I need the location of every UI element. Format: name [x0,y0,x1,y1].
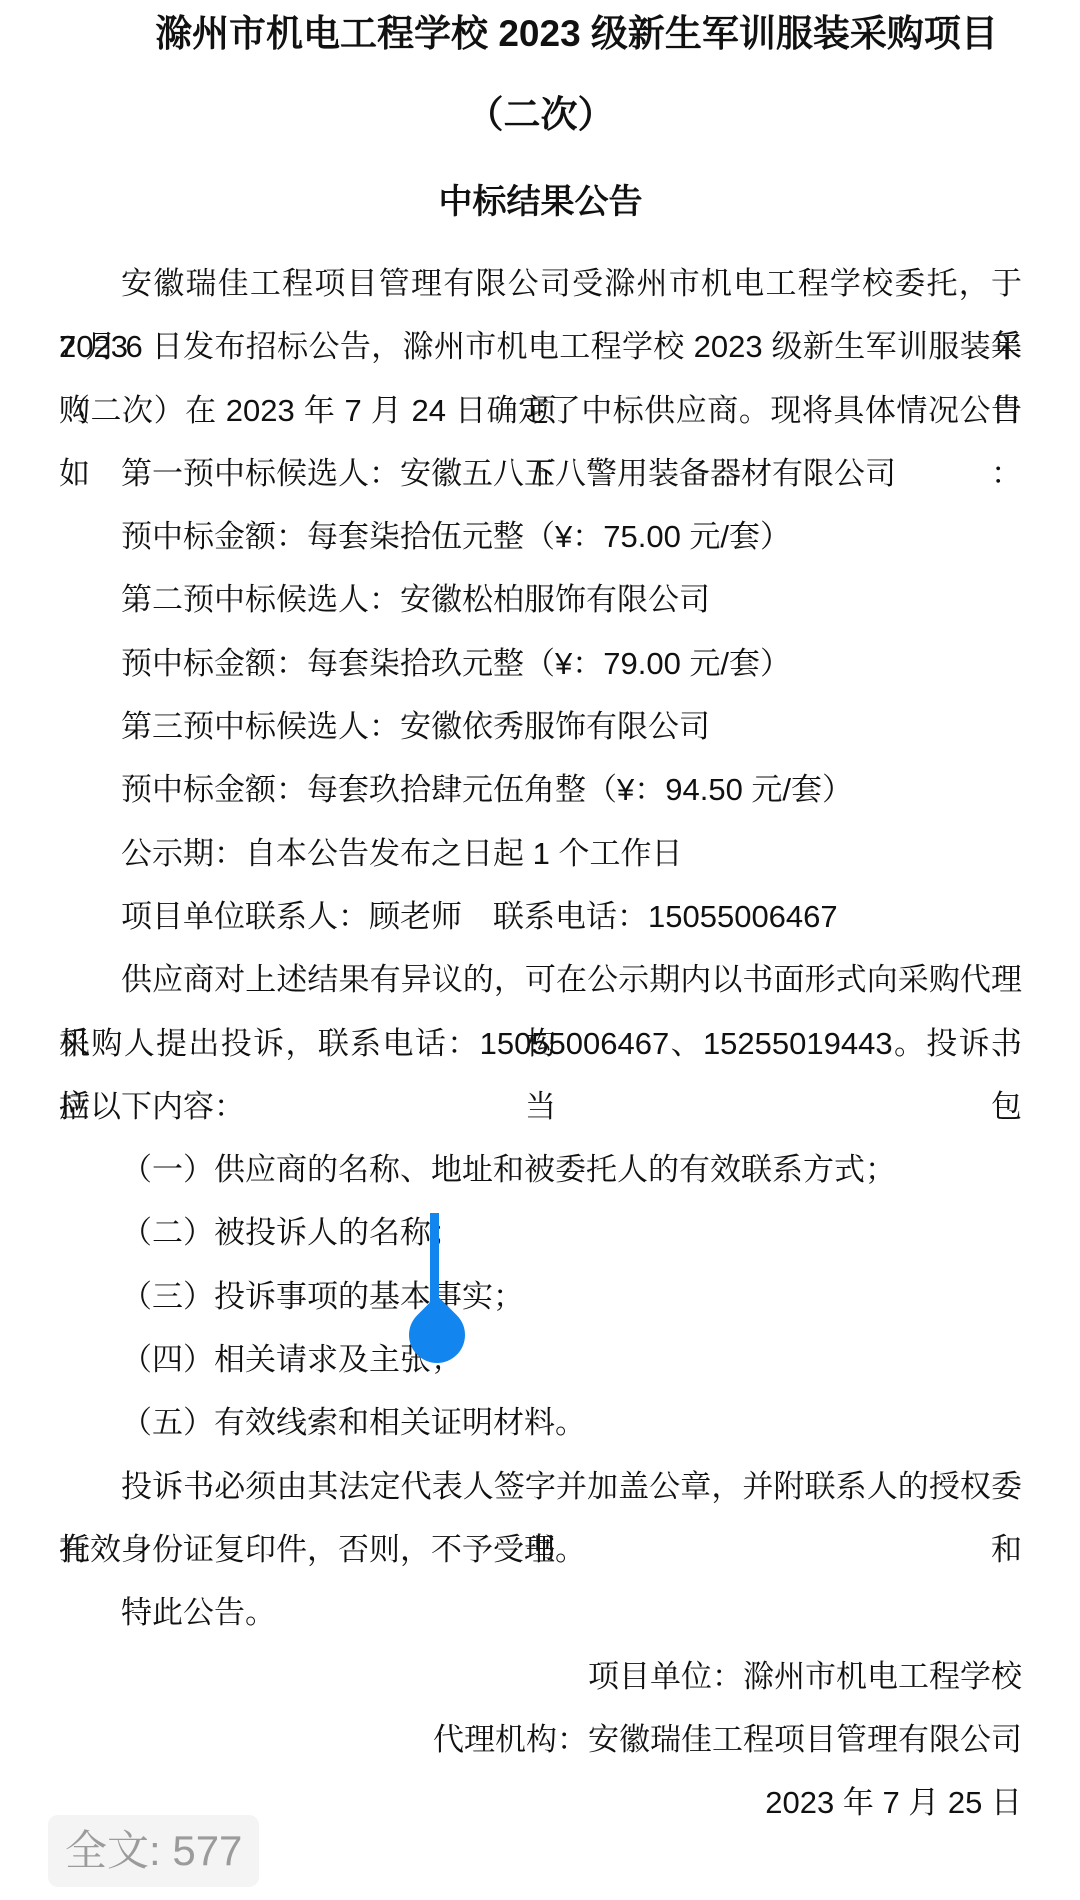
document-line: （二次）在 2023 年 7 月 24 日确定了中标供应商。现将具体情况公告如下… [59,379,1022,442]
word-count-badge: 全文: 577 [48,1815,259,1887]
document-page: 滁州市机电工程学校 2023 级新生军训服装采购项目 （二次） 中标结果公告 安… [0,0,1080,1900]
document-line: 预中标金额：每套玖拾肆元伍角整（¥：94.50 元/套） [59,758,1022,821]
document-line: 投诉书必须由其法定代表人签字并加盖公章，并附联系人的授权委托书和 [59,1455,1022,1518]
document-body: 安徽瑞佳工程项目管理有限公司受滁州市机电工程学校委托，于 2023 年7 月 6… [59,252,1022,1834]
document-line: （四）相关请求及主张； [59,1328,1022,1391]
document-line: 预中标金额：每套柒拾玖元整（¥：79.00 元/套） [59,632,1022,695]
document-line: （二）被投诉人的名称； [59,1201,1022,1264]
document-line: 7 月 6 日发布招标公告，滁州市机电工程学校 2023 级新生军训服装采购项目 [59,315,1022,378]
document-line: 项目单位联系人：顾老师 联系电话：15055006467 [59,885,1022,948]
document-line: 特此公告。 [59,1581,1022,1644]
document-line: （五）有效线索和相关证明材料。 [59,1391,1022,1454]
document-line: 安徽瑞佳工程项目管理有限公司受滁州市机电工程学校委托，于 2023 年 [59,252,1022,315]
document-title-line2: （二次） [59,85,1022,145]
document-line: 项目单位：滁州市机电工程学校 [59,1645,1022,1708]
document-line: 供应商对上述结果有异议的，可在公示期内以书面形式向采购代理机构、 [59,948,1022,1011]
document-heading: 中标结果公告 [59,172,1022,232]
document-line: 第三预中标候选人：安徽依秀服饰有限公司 [59,695,1022,758]
document-line: 代理机构：安徽瑞佳工程项目管理有限公司 [59,1708,1022,1771]
document-line: 公示期：自本公告发布之日起 1 个工作日 [59,822,1022,885]
document-line: （一）供应商的名称、地址和被委托人的有效联系方式； [59,1138,1022,1201]
document-line: 采购人提出投诉，联系电话：15055006467、15255019443。投诉书… [59,1012,1022,1075]
document-title-line1: 滁州市机电工程学校 2023 级新生军训服装采购项目 [59,4,1022,64]
document-line: 预中标金额：每套柒拾伍元整（¥：75.00 元/套） [59,505,1022,568]
document-line: （三）投诉事项的基本事实； [59,1265,1022,1328]
document-line: 第一预中标候选人：安徽五八五八警用装备器材有限公司 [59,442,1022,505]
document-line: 第二预中标候选人：安徽松柏服饰有限公司 [59,568,1022,631]
